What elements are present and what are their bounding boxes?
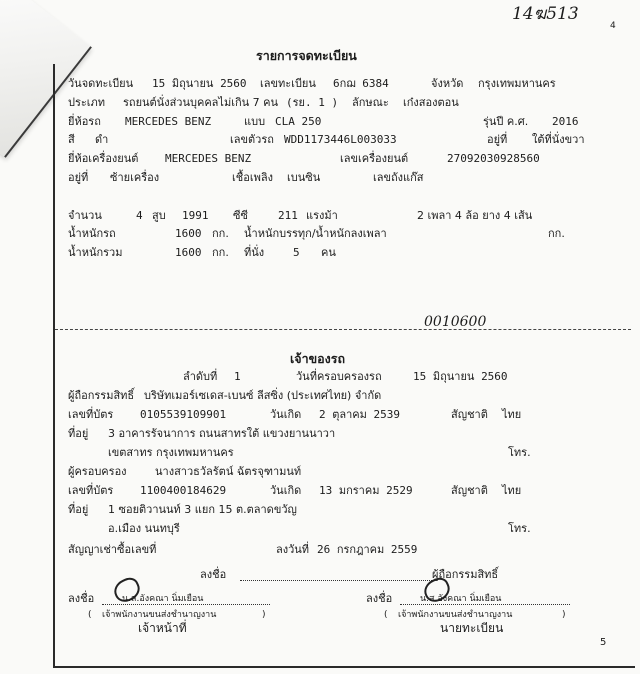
- lease-number-label: สัญญาเช่าซื้อเลขที่: [68, 543, 156, 556]
- registrar-sign-label: ลงชื่อ: [366, 592, 392, 605]
- province: กรุงเทพมหานคร: [478, 77, 556, 90]
- title-holder-label: ผู้ถือกรรมสิทธิ์: [68, 389, 134, 402]
- possessor-id-label: เลขที่บัตร: [68, 484, 113, 497]
- model-year: 2016: [552, 115, 579, 128]
- possessor-dob: 13 มกราคม 2529: [319, 484, 413, 497]
- holder-signature-line: [240, 568, 432, 581]
- cc-label: ซีซี: [233, 209, 248, 222]
- displacement: 1991: [182, 209, 209, 222]
- plate-number: 6กฌ 6384: [333, 77, 389, 90]
- officer-name: น.ส.อังคณา นิ่มเยือน: [122, 593, 203, 606]
- brand: MERCEDES BENZ: [125, 115, 211, 128]
- style-label: ลักษณะ: [352, 96, 389, 109]
- lease-date-label: ลงวันที่: [276, 543, 309, 556]
- gross-weight: 1600: [175, 246, 202, 259]
- page-number-bottom: 5: [600, 636, 606, 649]
- cylinders: 4: [136, 209, 143, 222]
- kg-unit: กก.: [212, 227, 229, 240]
- chassis-label: เลขตัวรถ: [230, 133, 274, 146]
- hp-label: แรงม้า: [306, 209, 338, 222]
- kg-unit: กก.: [212, 246, 229, 259]
- brand-label: ยี่ห้อรถ: [68, 115, 101, 128]
- chassis-number: WDD1173446L003033: [284, 133, 397, 146]
- color-label: สี: [68, 133, 75, 146]
- registrar-name: น.ส.อังคณา นิ่มเยือน: [420, 593, 501, 606]
- possessor-nationality: ไทย: [502, 484, 521, 497]
- title-holder: บริษัทเมอร์เซเดส-เบนซ์ ลีสซิ่ง (ประเทศไท…: [144, 389, 381, 402]
- holder-id-label: เลขที่บัตร: [68, 408, 113, 421]
- seats-label: ที่นั่ง: [244, 246, 264, 259]
- fuel-type: เบนซิน: [287, 171, 320, 184]
- type-label: ประเภท: [68, 96, 105, 109]
- load-label: น้ำหนักบรรทุก/น้ำหนักลงเพลา: [244, 227, 387, 240]
- possessor-name: นางสาวธวัลรัตน์ ฉัตรจุฑามนท์: [155, 465, 301, 478]
- holder-nationality-label: สัญชาติ: [451, 408, 488, 421]
- lease-date: 26 กรกฎาคม 2559: [317, 543, 417, 556]
- body-style: เก๋งสองตอน: [403, 96, 459, 109]
- engine-number-label: เลขเครื่องยนต์: [340, 152, 408, 165]
- holder-address-label: ที่อยู่: [68, 427, 88, 440]
- vehicle-type: รถยนต์นั่งส่วนบุคคลไม่เกิน 7 คน: [123, 96, 278, 109]
- chassis-location-label: อยู่ที่: [487, 133, 507, 146]
- handwritten-reference: 14ฆ513: [512, 8, 579, 21]
- horsepower: 211: [278, 209, 298, 222]
- holder-address-line1: 3 อาคารรัจนาการ ถนนสาทรใต้ แขวงยานนาวา: [108, 427, 335, 440]
- page-number-top: 4: [610, 20, 616, 33]
- fuel-label: เชื้อเพลิง: [232, 171, 273, 184]
- section-divider: [55, 329, 631, 330]
- officer-sign-label: ลงชื่อ: [68, 592, 94, 605]
- possessor-address-label: ที่อยู่: [68, 503, 88, 516]
- engine-location: ซ้ายเครื่อง: [110, 171, 159, 184]
- holder-nationality: ไทย: [502, 408, 521, 421]
- engine-number: 27092030928560: [447, 152, 540, 165]
- type-code: (รย. 1 ): [286, 96, 338, 109]
- possessor-id: 1100400184629: [140, 484, 226, 497]
- possession-date-label: วันที่ครอบครองรถ: [296, 370, 382, 383]
- possessor-nationality-label: สัญชาติ: [451, 484, 488, 497]
- cylinders-label: สูบ: [152, 209, 166, 222]
- weight-label: น้ำหนักรถ: [68, 227, 116, 240]
- registration-title: รายการจดทะเบียน: [256, 49, 357, 62]
- registrar-role: นายทะเบียน: [440, 622, 503, 635]
- registration-document-page: 14ฆ513 4 รายการจดทะเบียน วันจดทะเบียน 15…: [0, 0, 640, 674]
- province-label: จังหวัด: [431, 77, 463, 90]
- plate-label: เลขทะเบียน: [260, 77, 316, 90]
- order-number: 1: [234, 370, 241, 383]
- possessor-address-line1: 1 ซอยติวานนท์ 3 แยก 15 ต.ตลาดขวัญ: [108, 503, 297, 516]
- owner-title: เจ้าของรถ: [290, 352, 345, 365]
- year-label: รุ่นปี ค.ศ.: [483, 115, 528, 128]
- possessor-label: ผู้ครอบครอง: [68, 465, 127, 478]
- engine-brand: MERCEDES BENZ: [165, 152, 251, 165]
- chassis-location: ใต้ที่นั่งขวา: [532, 133, 585, 146]
- gas-tank-label: เลขถังแก๊ส: [373, 171, 424, 184]
- reg-date-label: วันจดทะเบียน: [68, 77, 133, 90]
- holder-sign-label: ลงชื่อ: [200, 568, 226, 581]
- possessor-address-line2: อ.เมือง นนทบุรี: [108, 522, 180, 535]
- gross-weight-label: น้ำหนักรวม: [68, 246, 122, 259]
- order-label: ลำดับที่: [183, 370, 217, 383]
- reg-date: 15 มิถุนายน 2560: [152, 77, 247, 90]
- serial-stamp: 0010600: [424, 316, 486, 329]
- vehicle-weight: 1600: [175, 227, 202, 240]
- model: CLA 250: [275, 115, 321, 128]
- kg-unit: กก.: [548, 227, 565, 240]
- holder-dob-label: วันเกิด: [270, 408, 301, 421]
- holder-id: 0105539109901: [140, 408, 226, 421]
- possessor-tel-label: โทร.: [508, 522, 531, 535]
- holder-tel-label: โทร.: [508, 446, 531, 459]
- seats: 5: [293, 246, 300, 259]
- model-label: แบบ: [244, 115, 265, 128]
- holder-address-line2: เขตสาทร กรุงเทพมหานคร: [108, 446, 234, 459]
- engine-brand-label: ยี่ห้อเครื่องยนต์: [68, 152, 138, 165]
- axles-wheels: 2 เพลา 4 ล้อ ยาง 4 เส้น: [417, 209, 532, 222]
- engine-location-label: อยู่ที่: [68, 171, 88, 184]
- count-label: จำนวน: [68, 209, 102, 222]
- officer-role: เจ้าหน้าที่: [138, 622, 187, 635]
- holder-dob: 2 ตุลาคม 2539: [319, 408, 400, 421]
- possession-date: 15 มิถุนายน 2560: [413, 370, 508, 383]
- possessor-dob-label: วันเกิด: [270, 484, 301, 497]
- color: ดำ: [95, 133, 108, 146]
- persons-unit: คน: [321, 246, 336, 259]
